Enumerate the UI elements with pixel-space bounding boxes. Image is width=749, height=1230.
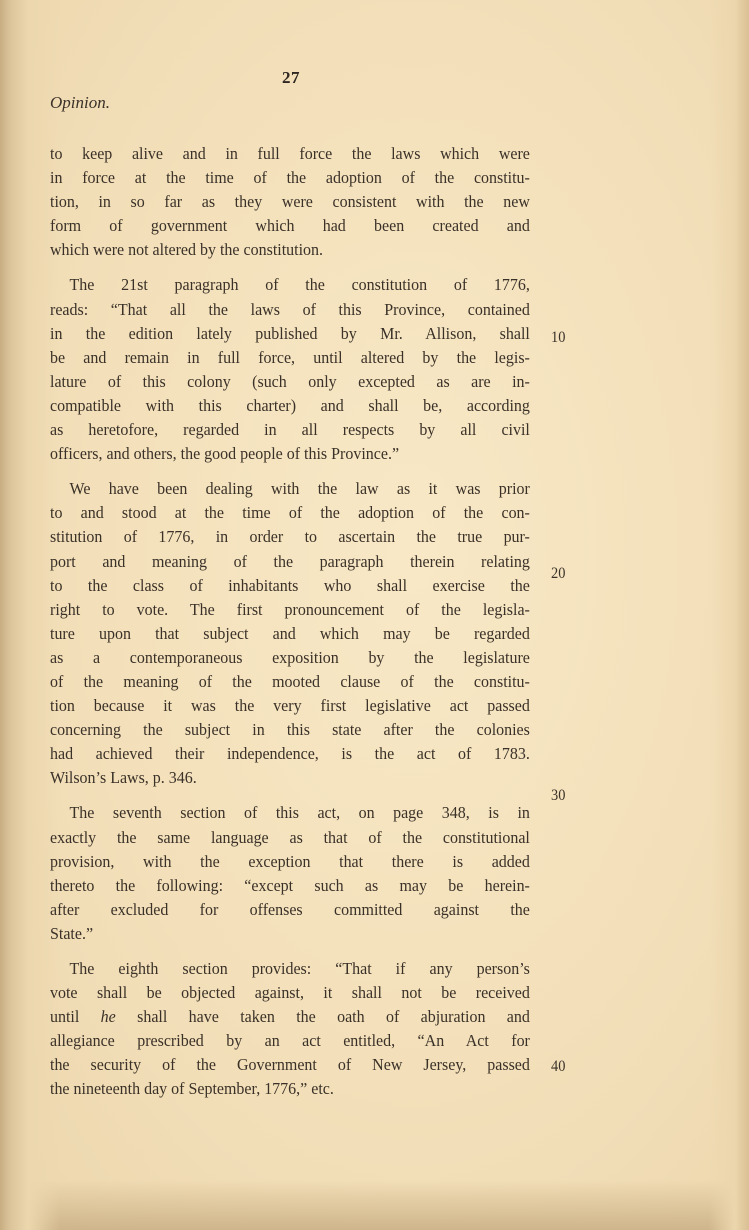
text-line: the nineteenth day of September, 1776,” … <box>50 1077 530 1101</box>
text-line: form of government which had been create… <box>50 214 530 238</box>
text-line: of the meaning of the mooted clause of t… <box>50 670 530 694</box>
body-text: to keep alive and in full force the laws… <box>50 142 530 1102</box>
page-number: 27 <box>282 68 300 88</box>
text-line: exactly the same language as that of the… <box>50 826 530 850</box>
italic-emphasis: he <box>101 1007 116 1026</box>
text-line: provision, with the exception that there… <box>50 850 530 874</box>
text-line: in force at the time of the adoption of … <box>50 166 530 190</box>
text-line: to the class of inhabitants who shall ex… <box>50 574 530 598</box>
text-line: port and meaning of the paragraph therei… <box>50 550 530 574</box>
text-line: officers, and others, the good people of… <box>50 442 530 466</box>
text-line: concerning the subject in this state aft… <box>50 718 530 742</box>
paragraph: The eighth section provides: “That if an… <box>50 957 530 1102</box>
text-line: as a contemporaneous exposition by the l… <box>50 646 530 670</box>
text-line: ture upon that subject and which may be … <box>50 622 530 646</box>
paragraph-gap <box>50 790 530 801</box>
text-line: tion, in so far as they were consistent … <box>50 190 530 214</box>
running-head: Opinion. <box>50 93 110 113</box>
text-line: allegiance prescribed by an act entitled… <box>50 1029 530 1053</box>
text-line: after excluded for offenses committed ag… <box>50 898 530 922</box>
line-number-marker: 10 <box>551 329 565 347</box>
text-line: the security of the Government of New Je… <box>50 1053 530 1077</box>
text-line: The seventh section of this act, on page… <box>50 801 530 825</box>
line-number-marker: 30 <box>551 787 565 805</box>
text-line: right to vote. The first pronouncement o… <box>50 598 530 622</box>
text-line: compatible with this charter) and shall … <box>50 394 530 418</box>
scanned-book-page: 27 Opinion. to keep alive and in full fo… <box>0 0 749 1230</box>
paragraph: We have been dealing with the law as it … <box>50 477 530 790</box>
text-line: to keep alive and in full force the laws… <box>50 142 530 166</box>
text-line: The eighth section provides: “That if an… <box>50 957 530 981</box>
paragraph-gap <box>50 946 530 957</box>
text-line: stitution of 1776, in order to ascertain… <box>50 525 530 549</box>
line-number-marker: 40 <box>551 1058 565 1076</box>
text-line: be and remain in full force, until alter… <box>50 346 530 370</box>
paragraph: The 21st paragraph of the constitution o… <box>50 273 530 466</box>
text-line: in the edition lately published by Mr. A… <box>50 322 530 346</box>
text-line: We have been dealing with the law as it … <box>50 477 530 501</box>
text-line: vote shall be objected against, it shall… <box>50 981 530 1005</box>
line-number-marker: 20 <box>551 565 565 583</box>
text-line: thereto the following: “except such as m… <box>50 874 530 898</box>
text-line: The 21st paragraph of the constitution o… <box>50 273 530 297</box>
text-line: until he shall have taken the oath of ab… <box>50 1005 530 1029</box>
text-line: had achieved their independence, is the … <box>50 742 530 766</box>
paragraph-gap <box>50 466 530 477</box>
text-line: tion because it was the very first legis… <box>50 694 530 718</box>
text-line: Wilson’s Laws, p. 346. <box>50 766 530 790</box>
text-line: State.” <box>50 922 530 946</box>
paragraph-gap <box>50 262 530 273</box>
paragraph: to keep alive and in full force the laws… <box>50 142 530 262</box>
paragraph: The seventh section of this act, on page… <box>50 801 530 946</box>
text-line: reads: “That all the laws of this Provin… <box>50 298 530 322</box>
text-line: to and stood at the time of the adoption… <box>50 501 530 525</box>
text-line: which were not altered by the constituti… <box>50 238 530 262</box>
text-line: lature of this colony (such only excepte… <box>50 370 530 394</box>
text-line: as heretofore, regarded in all respects … <box>50 418 530 442</box>
